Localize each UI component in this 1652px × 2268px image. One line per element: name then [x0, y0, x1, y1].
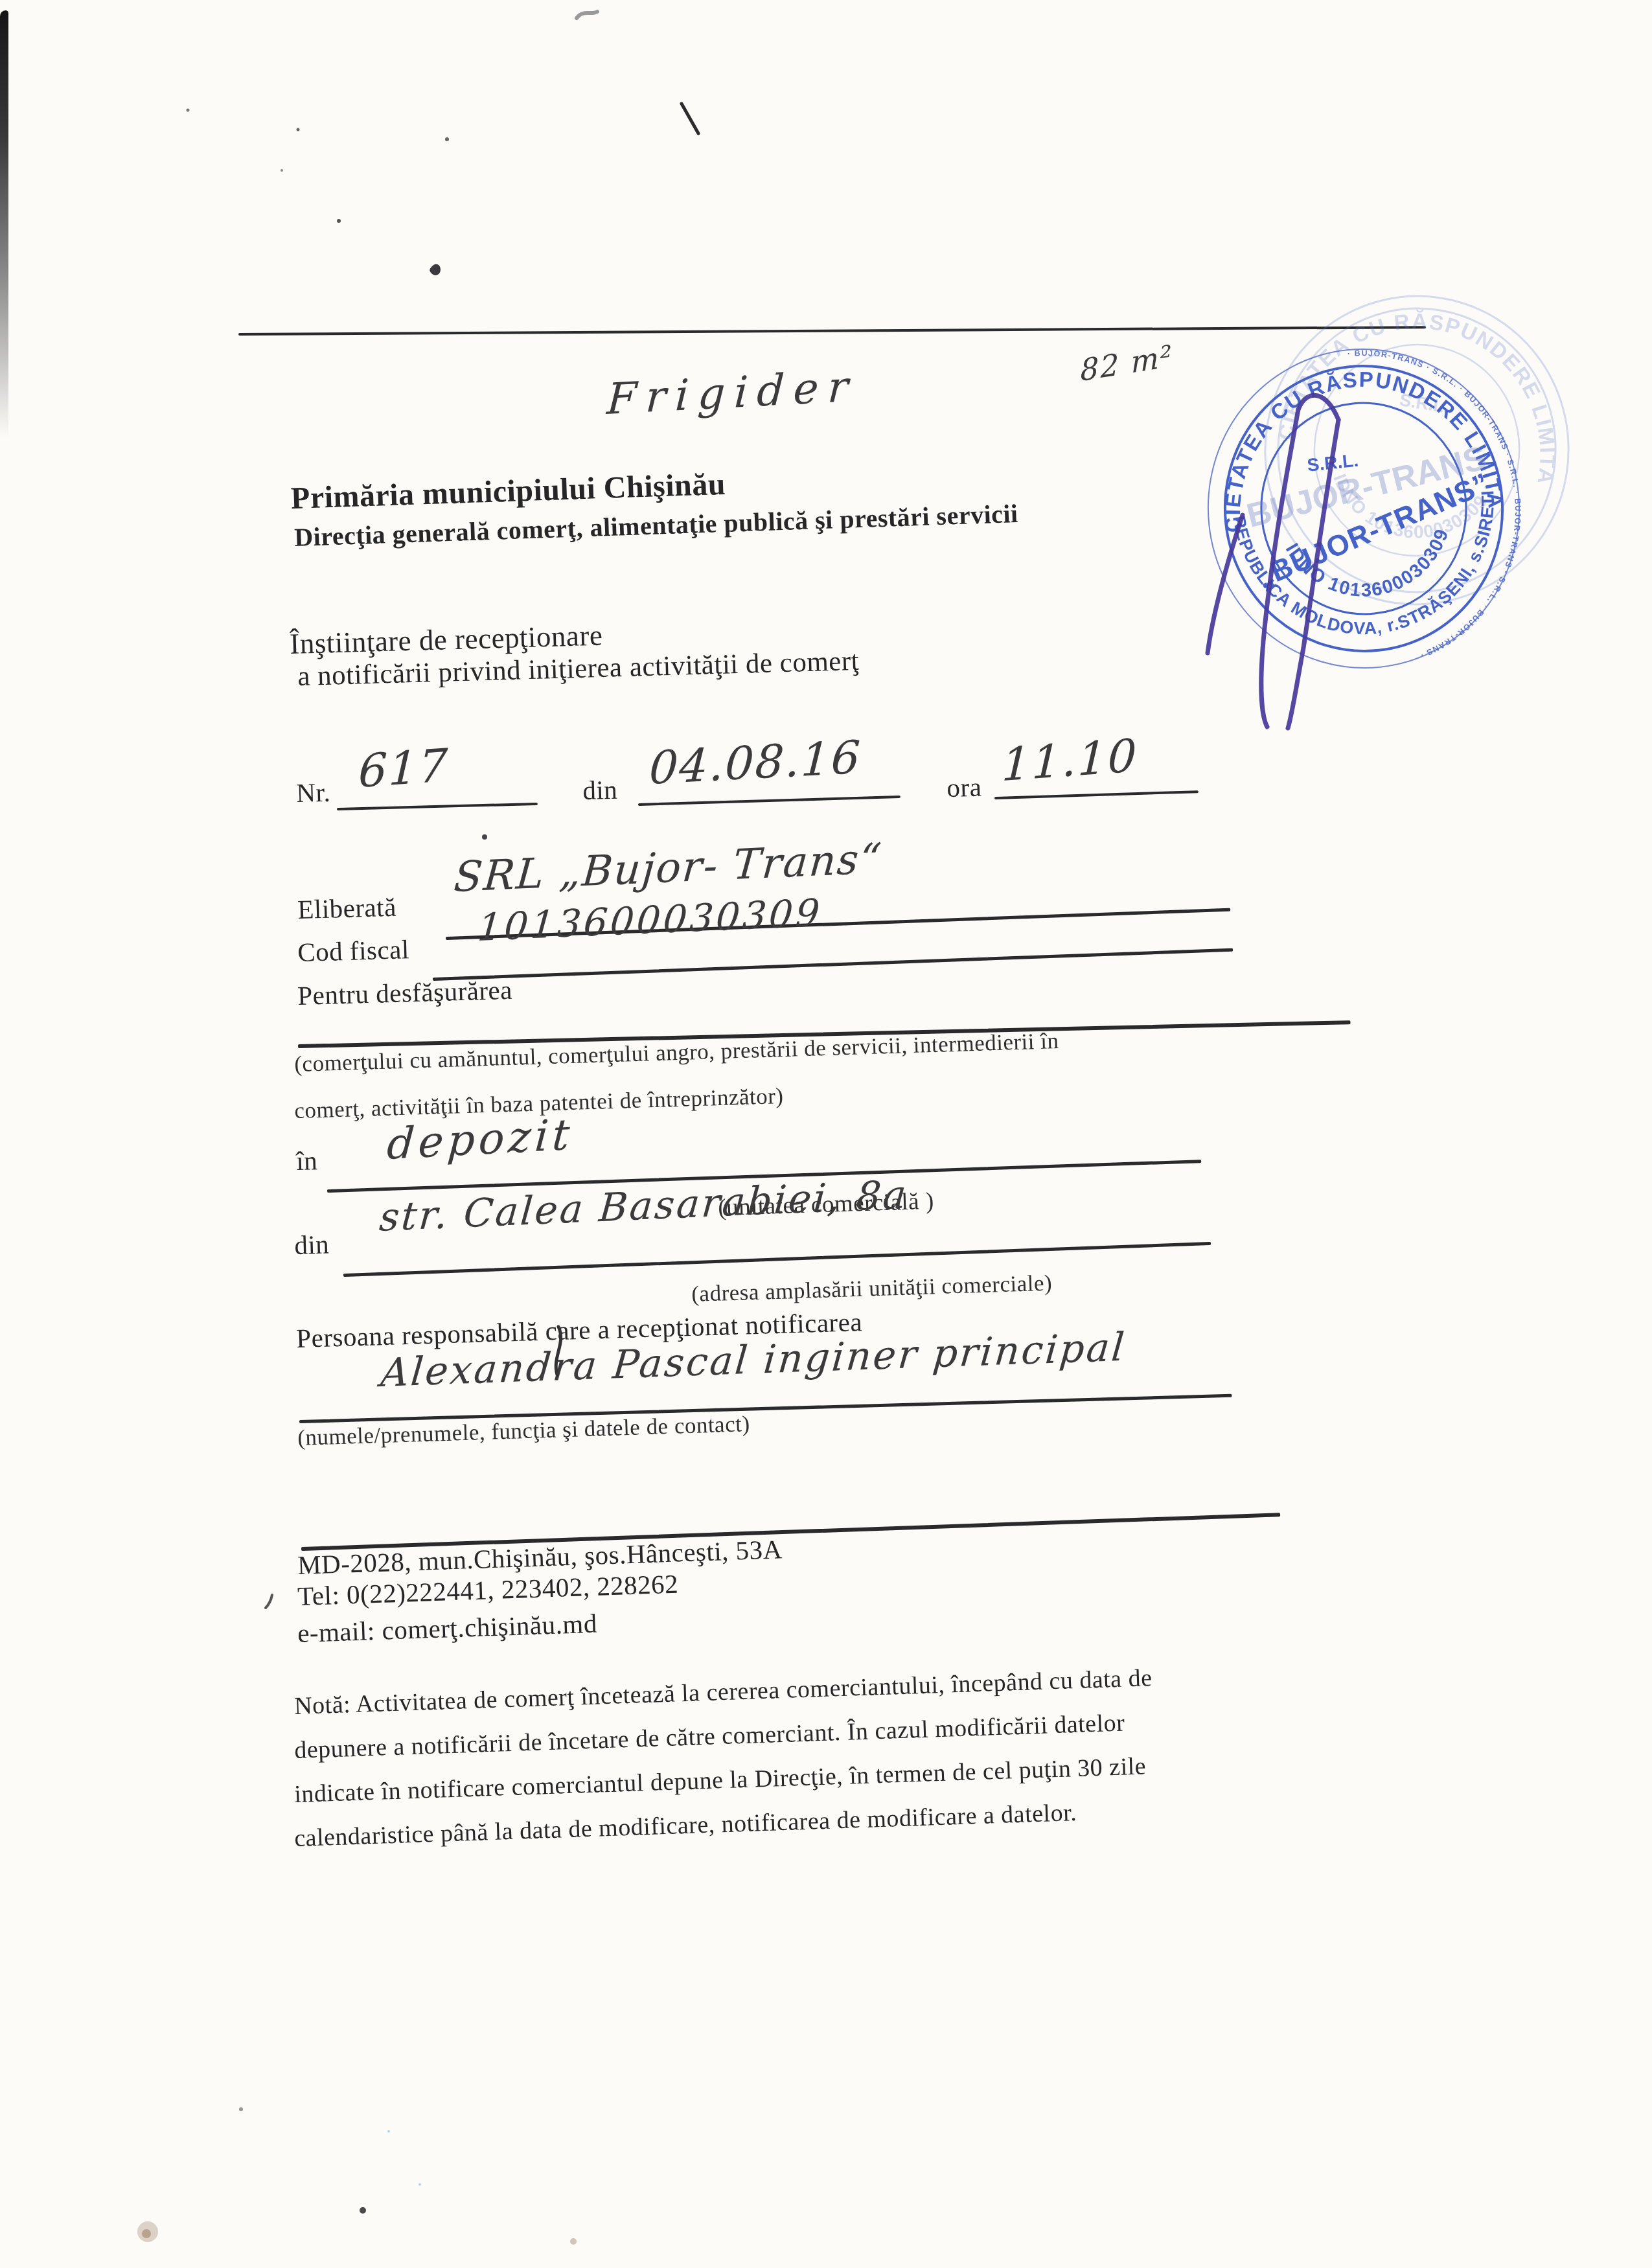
din2-underline: [343, 1242, 1211, 1277]
resp-caption: (numele/prenumele, funcţia şi datele de …: [297, 1411, 750, 1451]
resp-underline: [299, 1394, 1232, 1423]
in-label: în: [296, 1145, 318, 1176]
scanner-edge-artifact: [0, 10, 8, 438]
note-line-4: calendaristice până la data de modificar…: [294, 1798, 1077, 1853]
ora-value: 11.10: [1001, 729, 1139, 792]
nr-label: Nr.: [296, 777, 331, 808]
handwriting-top: Frigider: [606, 361, 858, 424]
ora-underline: [994, 790, 1199, 799]
nr-underline: [337, 803, 538, 810]
din-label: din: [582, 774, 618, 806]
scanned-document-page: { "annotations": { "handwriting_top": "F…: [0, 0, 1652, 2268]
eliberata-label: Eliberată: [297, 891, 397, 925]
pentru-label: Pentru desfăşurărea: [297, 974, 513, 1011]
footer-email: e-mail: comerţ.chişinău.md: [297, 1608, 597, 1649]
din2-value: str. Calea Basarabiei, 8a: [378, 1172, 910, 1241]
addr-caption: (adresa amplasării unităţii comerciale): [691, 1270, 1053, 1307]
ora-label: ora: [946, 772, 982, 803]
nr-value: 617: [358, 739, 450, 798]
dust-specks: [137, 109, 577, 2245]
cod-fiscal-value: 1013600030309: [476, 891, 824, 950]
din-value: 04.08.16: [648, 731, 863, 795]
in-value: depozit: [385, 1110, 575, 1169]
cod-fiscal-label: Cod fiscal: [297, 934, 410, 968]
company-stamp: SOCIETATEA CU RĂSPUNDERE LIMITATĂ IDNO 1…: [1143, 275, 1584, 742]
din-underline: [638, 796, 901, 806]
cod-fiscal-underline: [433, 948, 1233, 981]
din2-label: din: [294, 1229, 330, 1261]
org-name: Primăria municipiului Chişinău: [290, 466, 726, 516]
